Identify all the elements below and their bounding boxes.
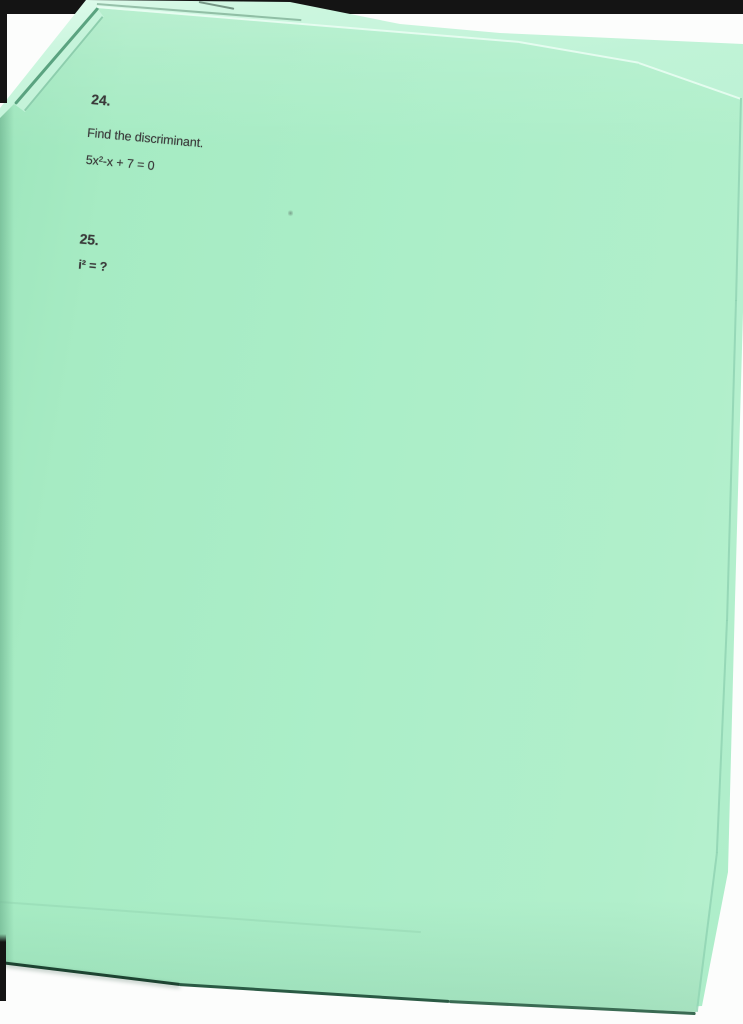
question-25-number: 25.: [79, 232, 99, 249]
scan-edge-bar-left-bottom: [0, 934, 6, 1001]
question-24-equation: 5x²-x + 7 = 0: [85, 154, 155, 174]
worksheet-text: 24. Find the discriminant. 5x²-x + 7 = 0…: [72, 92, 411, 340]
question-24-number: 24.: [91, 92, 111, 109]
scanned-document: 24. Find the discriminant. 5x²-x + 7 = 0…: [0, 0, 743, 1024]
question-25-equation: i² = ?: [78, 258, 108, 274]
scan-edge-bar-left-top: [0, 0, 7, 103]
paper-bottom-shadow: [0, 900, 743, 1024]
question-24-prompt: Find the discriminant.: [87, 127, 204, 151]
paper-left-shadow: [0, 100, 14, 970]
